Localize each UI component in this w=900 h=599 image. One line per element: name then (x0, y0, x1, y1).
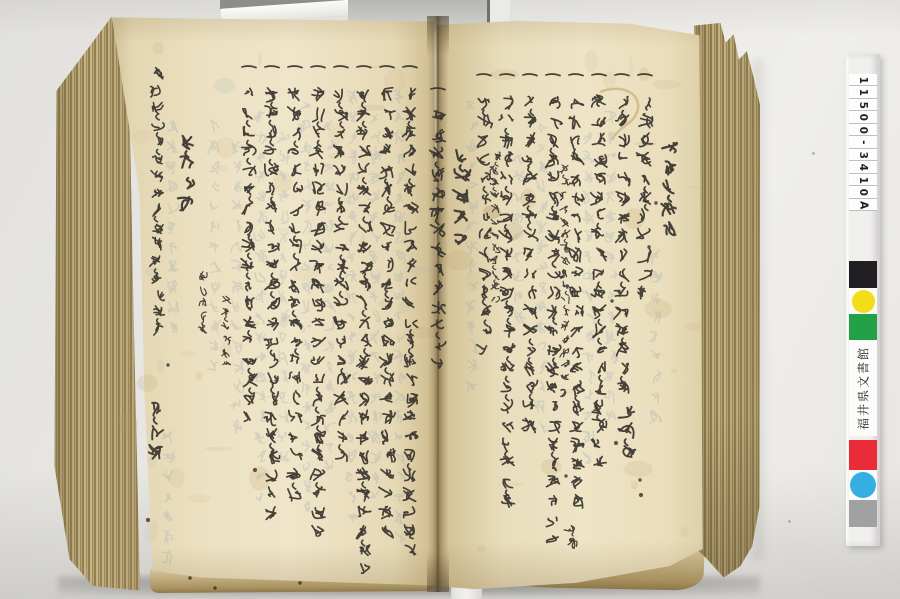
catalog-tile: 1 (849, 74, 877, 86)
yellow-circle-icon (852, 290, 875, 313)
stick-foot (846, 527, 880, 546)
catalog-tile: 1 (849, 86, 877, 98)
color-patch-yellow (849, 288, 877, 314)
archive-name-label: 福井県文書館 (849, 340, 877, 436)
color-patch-black (849, 261, 877, 288)
color-patch-red (849, 440, 877, 470)
catalog-tile: - (849, 136, 877, 148)
catalog-tile: 0 (849, 124, 877, 136)
catalog-tile: 0 (849, 186, 877, 198)
catalog-number-tiles: 11500-3410A (846, 74, 880, 211)
catalog-tile: 3 (849, 149, 877, 161)
right-fore-edge-pages (694, 20, 760, 586)
catalog-tile: 5 (849, 99, 877, 111)
catalog-tile: A (849, 199, 877, 211)
left-page (108, 14, 440, 592)
catalog-tile: 4 (849, 161, 877, 173)
catalog-tile: 0 (849, 111, 877, 123)
stick-cap (846, 54, 880, 74)
color-patch-gray (849, 500, 877, 527)
dust-speck (812, 152, 815, 155)
catalog-tile: 1 (849, 174, 877, 186)
photo-of-open-manuscript-book: 11500-3410A 福井県文書館 (0, 0, 900, 599)
book-gutter (427, 16, 449, 592)
blue-circle-icon (850, 472, 876, 498)
color-patch-green (849, 314, 877, 340)
color-patch-blue (849, 470, 877, 500)
color-scale-stick: 11500-3410A 福井県文書館 (846, 54, 880, 546)
stick-blank (846, 211, 880, 261)
archive-name-text: 福井県文書館 (855, 346, 872, 430)
dust-speck (788, 520, 791, 523)
right-page (434, 18, 706, 592)
